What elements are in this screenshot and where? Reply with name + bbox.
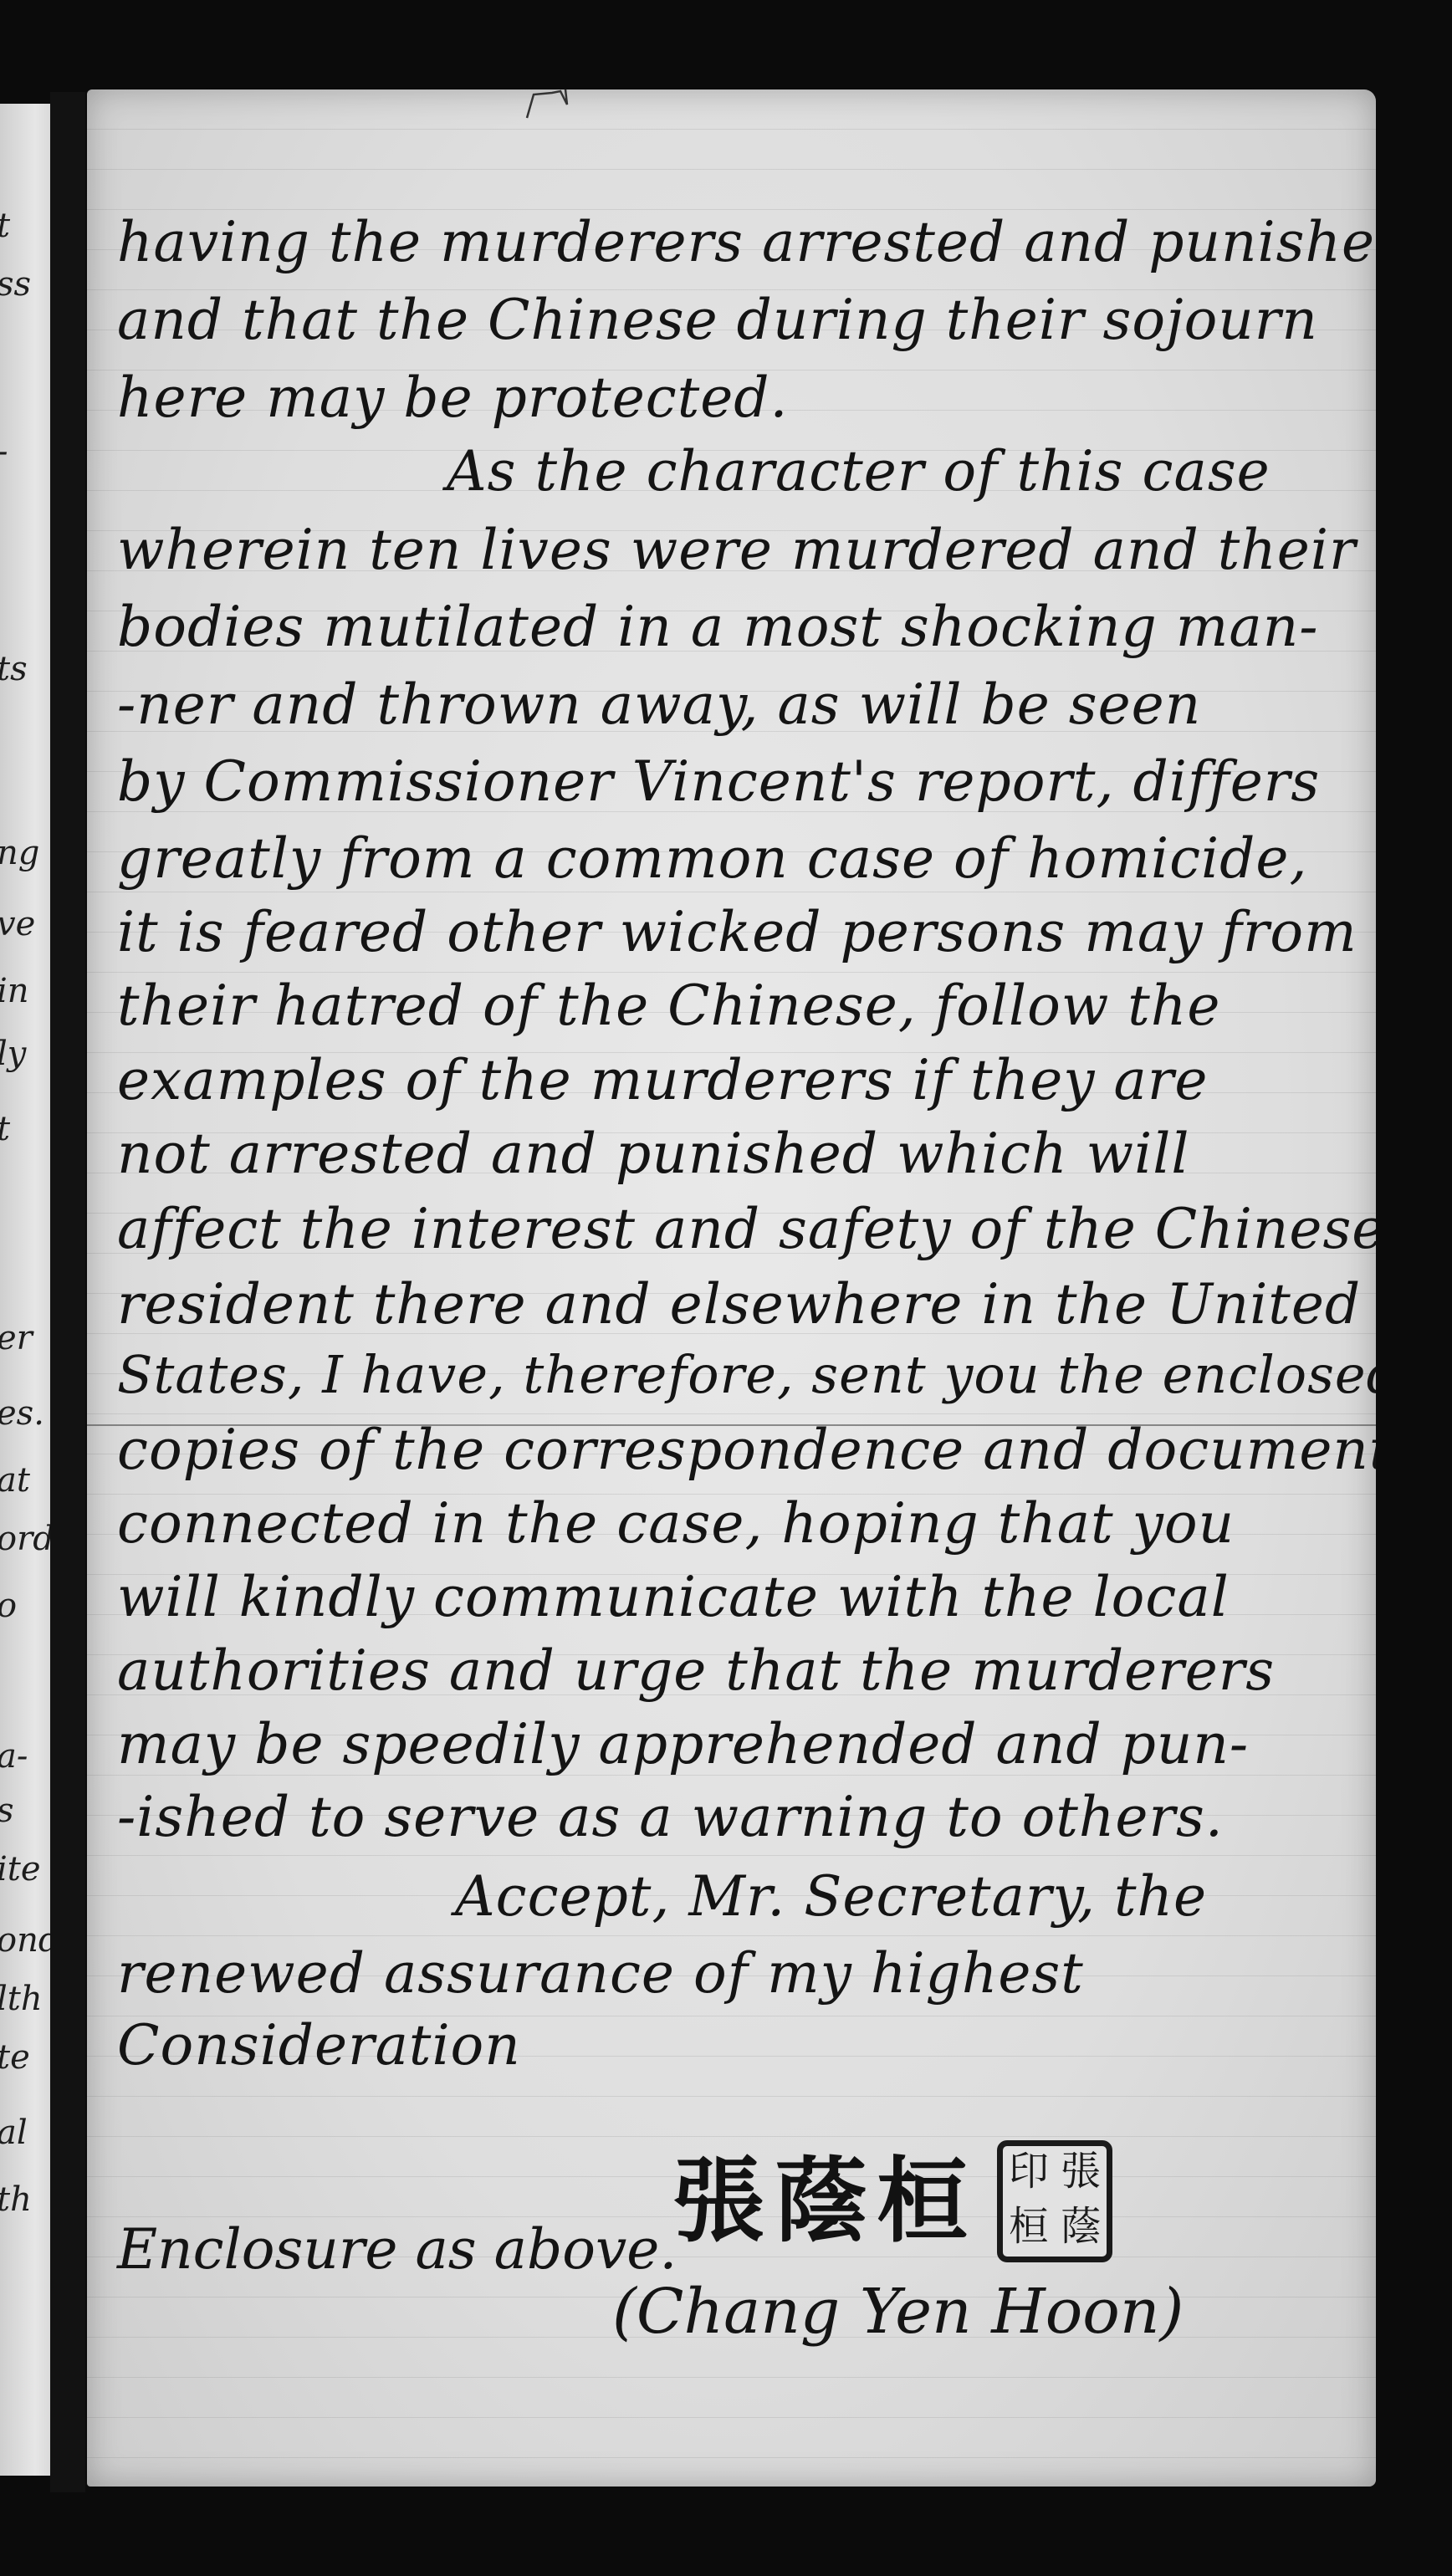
body-line: by Commissioner Vincent's report, differ…: [117, 754, 1320, 810]
margin-fragment: in: [0, 974, 29, 1008]
body-line: bodies mutilated in a most shocking man-: [117, 600, 1319, 655]
body-line: resident there and elsewhere in the Unit…: [117, 1277, 1361, 1332]
letter-page: having the murderers arrested and punish…: [87, 89, 1376, 2487]
body-line: and that the Chinese during their sojour…: [117, 293, 1318, 348]
body-line: it is feared other wicked persons may fr…: [117, 905, 1357, 960]
body-line: wherein ten lives were murdered and thei…: [117, 523, 1357, 578]
seal-char: 印: [1003, 2146, 1055, 2201]
previous-page-edge: t ss - ts ng ve in ly t er es. at ord o …: [0, 104, 50, 2476]
closing-line: Consideration: [117, 2018, 521, 2073]
body-line: their hatred of the Chinese, follow the: [117, 979, 1220, 1034]
seal-char: 蔭: [1055, 2201, 1107, 2257]
margin-fragment: al: [0, 2116, 28, 2149]
margin-fragment: at: [0, 1464, 30, 1497]
margin-fragment: ss: [0, 268, 31, 301]
body-line: authorities and urge that the murderers: [117, 1643, 1275, 1699]
margin-fragment: er: [0, 1321, 33, 1355]
margin-fragment: ite: [0, 1853, 41, 1886]
body-line: examples of the murderers if they are: [117, 1053, 1208, 1108]
closing-line: Accept, Mr. Secretary, the: [455, 1869, 1207, 1924]
body-line: States, I have, therefore, sent you the …: [117, 1349, 1376, 1401]
margin-fragment: s: [0, 1794, 14, 1827]
margin-fragment: t: [0, 209, 10, 243]
seal-char: 桓: [1003, 2201, 1055, 2257]
margin-fragment: te: [0, 2041, 30, 2074]
closing-line: renewed assurance of my highest: [117, 1946, 1084, 2001]
body-line: connected in the case, hoping that you: [117, 1496, 1235, 1551]
romanized-signature: (Chang Yen Hoon): [612, 2281, 1184, 2343]
margin-fragment: ng: [0, 836, 39, 870]
body-line: will kindly communicate with the local: [117, 1570, 1230, 1625]
margin-fragment: t: [0, 1112, 10, 1146]
margin-fragment: o: [0, 1589, 17, 1623]
chinese-signature: 張蔭桓: [672, 2155, 979, 2247]
body-line: -ished to serve as a warning to others.: [117, 1790, 1224, 1845]
body-line: -ner and thrown away, as will be seen: [117, 677, 1201, 733]
margin-fragment: ond.: [0, 1924, 50, 1957]
body-line: copies of the correspondence and documen…: [117, 1423, 1376, 1478]
seal-char: 張: [1055, 2146, 1107, 2201]
margin-fragment: ve: [0, 907, 35, 941]
margin-fragment: th: [0, 2183, 32, 2216]
body-line: may be speedily apprehended and pun-: [117, 1717, 1249, 1772]
pencil-mark-icon: [522, 89, 572, 120]
margin-fragment: ts: [0, 652, 28, 686]
margin-fragment: ord: [0, 1522, 50, 1556]
body-line: here may be protected.: [117, 371, 789, 426]
body-line: having the murderers arrested and punish…: [117, 215, 1376, 270]
body-line: not arrested and punished which will: [117, 1127, 1189, 1182]
margin-fragment: -: [0, 435, 8, 468]
body-line: greatly from a common case of homicide,: [117, 831, 1307, 887]
margin-fragment: es.: [0, 1397, 44, 1430]
margin-fragment: ly: [0, 1037, 26, 1071]
enclosure-note: Enclosure as above.: [117, 2222, 677, 2277]
margin-fragment: a-: [0, 1740, 28, 1773]
margin-fragment: lth: [0, 1982, 43, 2016]
body-line: As the character of this case: [447, 444, 1270, 499]
binding-gutter: [50, 92, 85, 2492]
body-line: affect the interest and safety of the Ch…: [117, 1202, 1376, 1257]
seal-stamp: 印 張 桓 蔭: [997, 2140, 1112, 2262]
